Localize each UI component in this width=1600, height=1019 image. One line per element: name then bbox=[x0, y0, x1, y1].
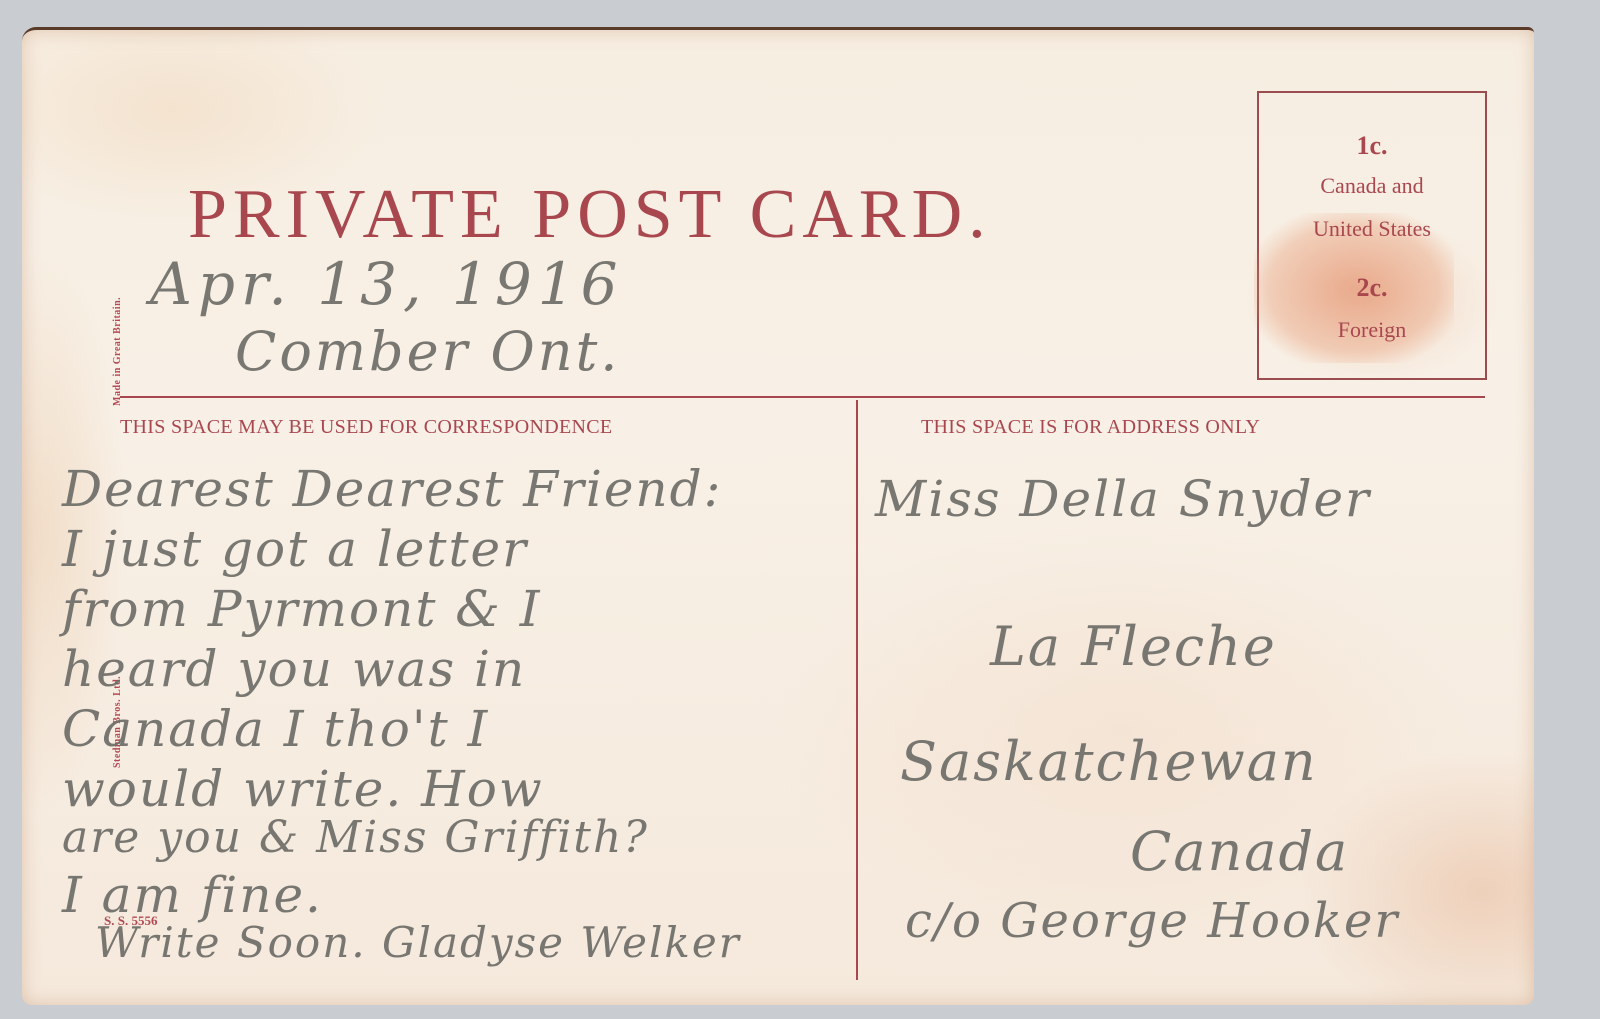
message-line: Canada I tho't I bbox=[62, 700, 489, 758]
domestic-rate: 1c. bbox=[1259, 131, 1485, 161]
foreign-label: Foreign bbox=[1259, 317, 1485, 343]
domestic-line-1: Canada and bbox=[1259, 173, 1485, 199]
message-line: would write. How bbox=[62, 760, 544, 818]
vertical-divider bbox=[856, 400, 858, 980]
address-line: Miss Della Snyder bbox=[875, 470, 1371, 528]
message-signoff: Write Soon. Gladyse Welker bbox=[95, 918, 741, 967]
address-line: c/o George Hooker bbox=[905, 893, 1399, 949]
foreign-rate: 2c. bbox=[1259, 273, 1485, 303]
message-line: Dearest Dearest Friend: bbox=[62, 460, 722, 518]
address-line: Canada bbox=[1130, 820, 1349, 883]
made-in-great-britain-imprint: Made in Great Britain. bbox=[112, 297, 123, 406]
message-line: are you & Miss Griffith? bbox=[62, 812, 649, 863]
message-line: I just got a letter bbox=[62, 520, 528, 578]
handwritten-date: Apr. 13, 1916 bbox=[150, 250, 624, 318]
address-line: Saskatchewan bbox=[900, 730, 1318, 793]
correspondence-label: THIS SPACE MAY BE USED FOR CORRESPONDENC… bbox=[120, 416, 612, 439]
postcard-title: PRIVATE POST CARD. bbox=[188, 175, 992, 255]
horizontal-divider bbox=[120, 396, 1485, 398]
domestic-line-2: United States bbox=[1259, 216, 1485, 242]
stamp-box: 1c. Canada and United States 2c. Foreign bbox=[1257, 91, 1487, 380]
message-line: from Pyrmont & I bbox=[62, 580, 541, 638]
address-line: La Fleche bbox=[990, 615, 1277, 678]
message-line: I am fine. bbox=[62, 866, 323, 924]
message-line: heard you was in bbox=[62, 640, 526, 698]
address-label: THIS SPACE IS FOR ADDRESS ONLY bbox=[921, 416, 1260, 439]
handwritten-place: Comber Ont. bbox=[235, 320, 620, 383]
